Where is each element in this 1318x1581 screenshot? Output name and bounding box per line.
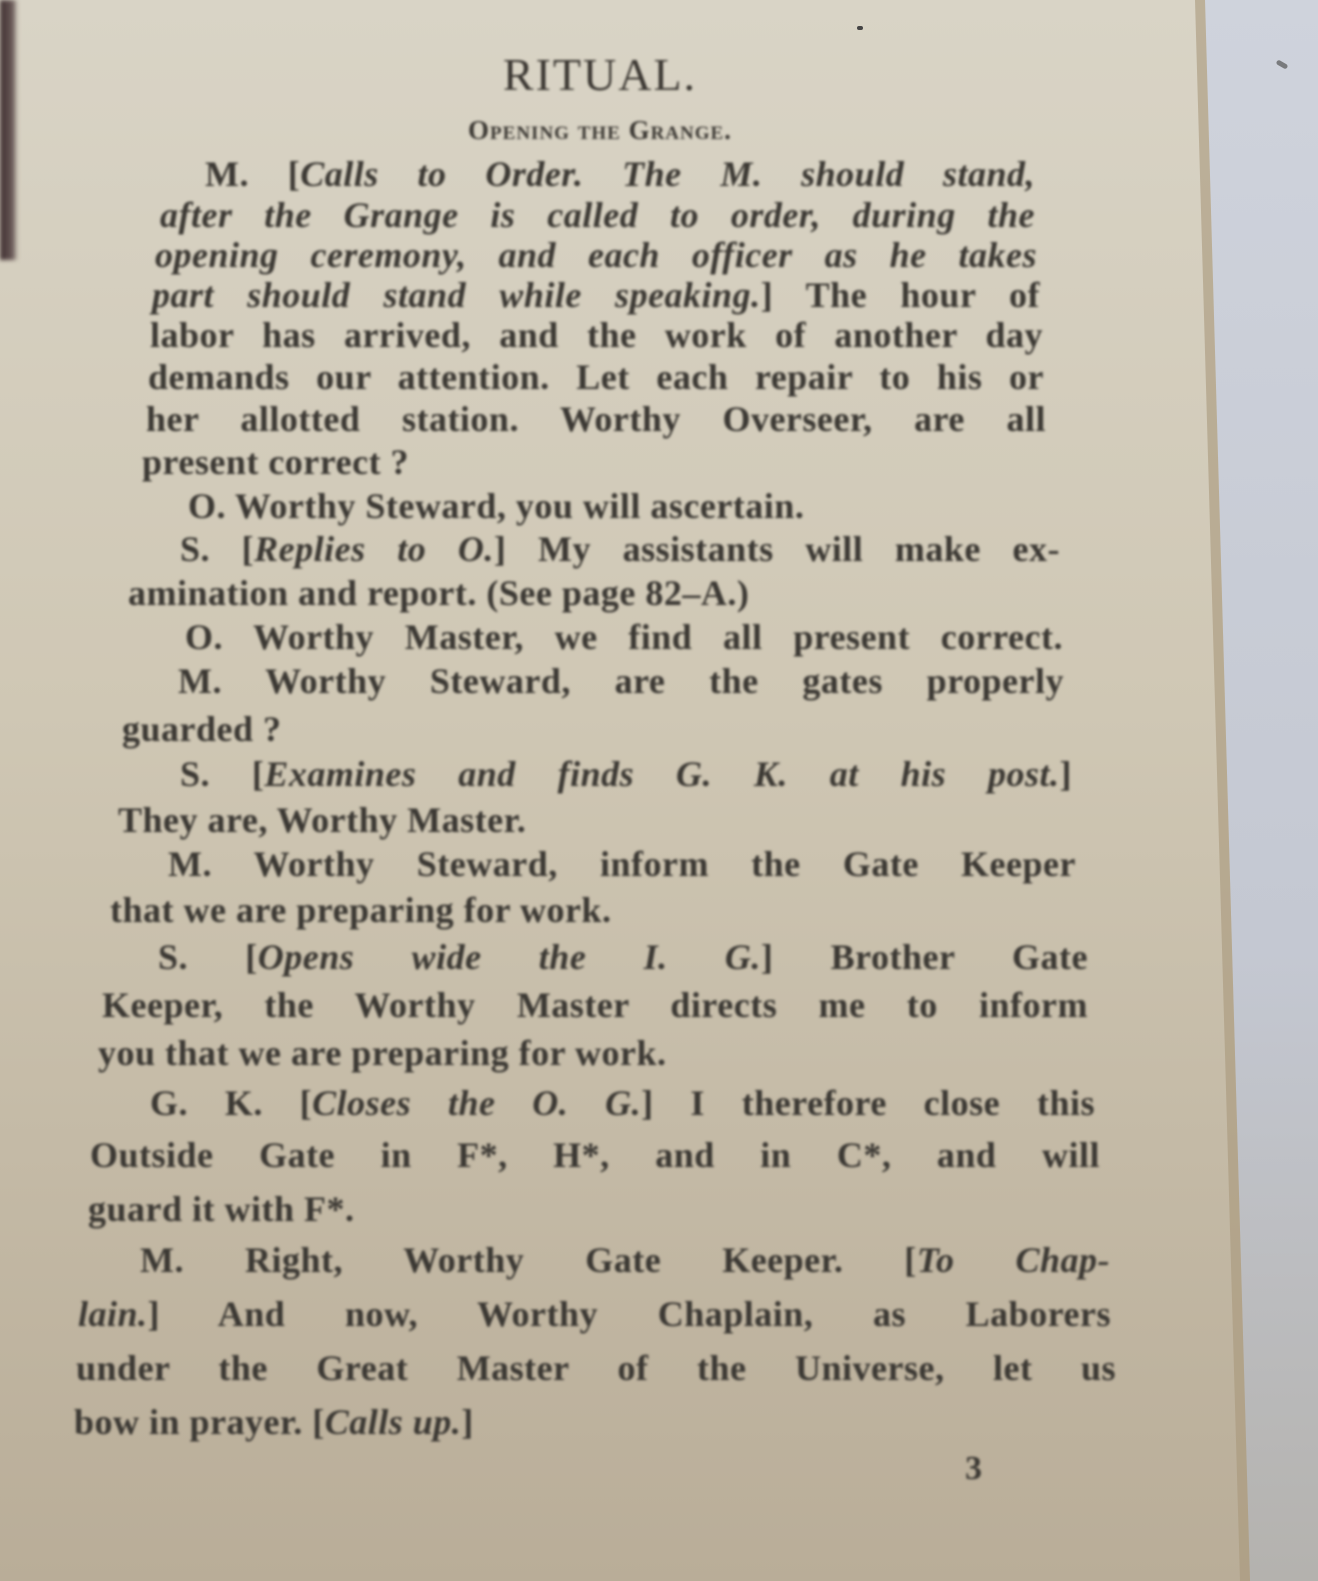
text-line: part should stand while speaking.] The h…	[152, 273, 1040, 317]
text-line: that we are preparing for work.	[110, 888, 611, 932]
text-line: O. Worthy Master, we find all present co…	[185, 615, 1063, 659]
text-line: They are, Worthy Master.	[118, 798, 526, 842]
page-title: RITUAL.	[0, 48, 1200, 101]
text-line: guarded ?	[122, 707, 282, 751]
text-line: guard it with F*.	[88, 1187, 355, 1231]
text-line: M. [Calls to Order. The M. should stand,	[205, 152, 1035, 196]
text-line: amination and report. (See page 82–A.)	[128, 571, 749, 615]
text-line: G. K. [Closes the O. G.] I therefore clo…	[150, 1081, 1095, 1125]
text-line: you that we are preparing for work.	[98, 1031, 666, 1075]
text-line: M. Worthy Steward, inform the Gate Keepe…	[168, 842, 1076, 886]
text-line: M. Worthy Steward, are the gates properl…	[178, 659, 1064, 703]
section-heading: Opening the Grange.	[0, 115, 1200, 146]
text-line: lain.] And now, Worthy Chaplain, as Labo…	[78, 1292, 1111, 1336]
text-line: Keeper, the Worthy Master directs me to …	[102, 983, 1088, 1027]
text-line: after the Grange is called to order, dur…	[160, 193, 1035, 237]
text-line: opening ceremony, and each officer as he…	[155, 233, 1037, 277]
text-line: S. [Opens wide the I. G.] Brother Gate	[158, 935, 1088, 979]
text-line: Outside Gate in F*, H*, and in C*, and w…	[90, 1133, 1100, 1177]
text-line: M. Right, Worthy Gate Keeper. [To Chap-	[140, 1238, 1110, 1282]
text-line: demands our attention. Let each repair t…	[148, 355, 1044, 399]
text-line: labor has arrived, and the work of anoth…	[150, 313, 1043, 357]
text-line: under the Great Master of the Universe, …	[76, 1346, 1116, 1390]
ink-dot	[857, 26, 863, 30]
text-line: S. [Replies to O.] My assistants will ma…	[180, 527, 1060, 571]
text-line: bow in prayer. [Calls up.]	[74, 1400, 474, 1444]
page-number: 3	[965, 1450, 982, 1488]
text-line: O. Worthy Steward, you will ascertain.	[188, 484, 804, 528]
text-line: S. [Examines and finds G. K. at his post…	[180, 752, 1072, 796]
text-line: her allotted station. Worthy Overseer, a…	[146, 397, 1046, 441]
text-line: present correct ?	[142, 440, 409, 484]
